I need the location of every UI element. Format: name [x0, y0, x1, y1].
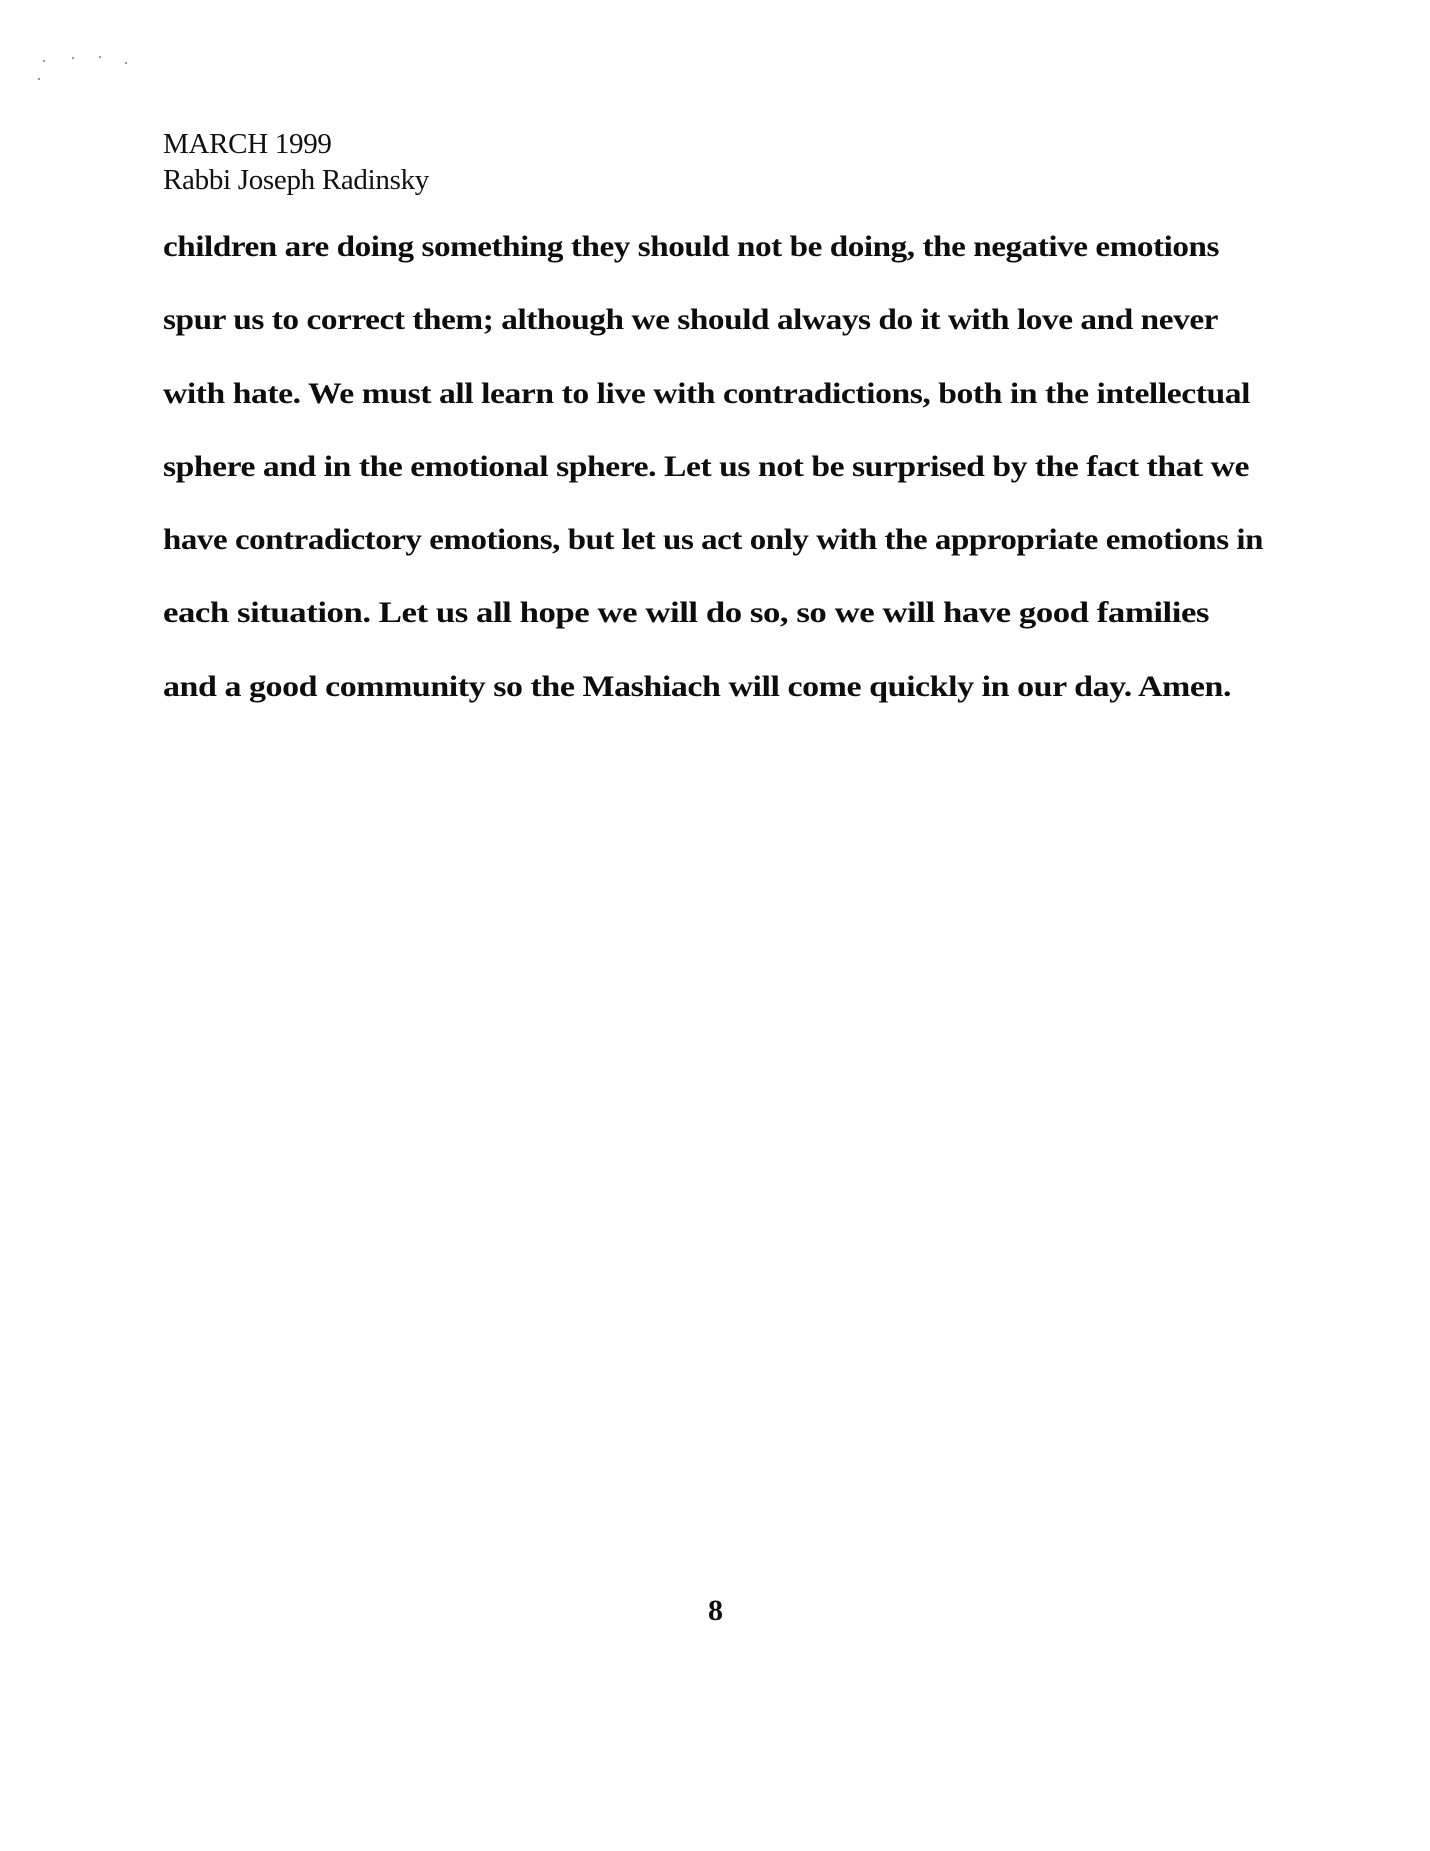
body-line: with hate. We must all learn to live wit…	[163, 377, 1250, 411]
body-line: each situation. Let us all hope we will …	[163, 596, 1209, 630]
document-date: MARCH 1999	[163, 128, 332, 161]
document-author: Rabbi Joseph Radinsky	[163, 164, 429, 197]
body-line: have contradictory emotions, but let us …	[163, 523, 1263, 557]
page-number: 8	[708, 1594, 723, 1628]
body-line: sphere and in the emotional sphere. Let …	[163, 450, 1249, 484]
scan-speck	[43, 60, 45, 62]
body-line: and a good community so the Mashiach wil…	[163, 670, 1231, 704]
document-page: MARCH 1999 Rabbi Joseph Radinsky childre…	[0, 0, 1430, 1851]
body-line: children are doing something they should…	[163, 230, 1219, 264]
body-line: spur us to correct them; although we sho…	[163, 303, 1218, 337]
scan-speck	[99, 56, 101, 58]
scan-speck	[38, 78, 40, 80]
scan-speck	[72, 57, 74, 59]
scan-speck	[125, 62, 127, 64]
